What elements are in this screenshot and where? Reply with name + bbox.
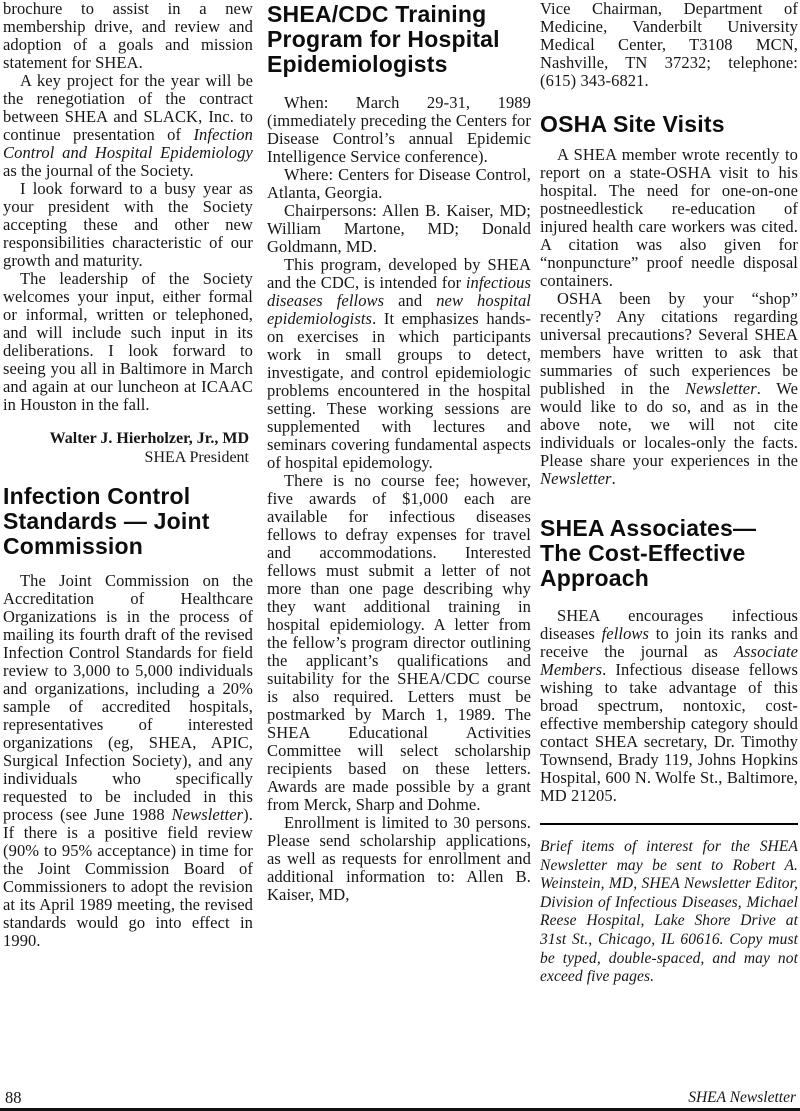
paragraph: Where: Centers for Disease Control, Atla… <box>267 166 531 202</box>
paragraph: I look forward to a busy year as your pr… <box>3 180 253 270</box>
paragraph: OSHA been by your “shop” recently? Any c… <box>540 290 798 488</box>
article-osha-site-visits: OSHA Site Visits A SHEA member wrote rec… <box>540 112 798 488</box>
editor-submission-note: Brief items of interest for the SHEA New… <box>540 838 798 987</box>
paragraph: Brief items of interest for the SHEA New… <box>540 838 798 987</box>
paragraph: SHEA encourages infectious diseases fell… <box>540 607 798 805</box>
article-infection-control-standards: Infection Control Standards — Joint Comm… <box>3 484 253 950</box>
paragraph: Chairpersons: Allen B. Kaiser, MD; Willi… <box>267 202 531 256</box>
article-heading: OSHA Site Visits <box>540 112 798 137</box>
article-presidents-message: brochure to assist in a new membership d… <box>3 0 253 467</box>
associates-body: SHEA encourages infectious diseases fell… <box>540 607 798 805</box>
journal-title: SHEA Newsletter <box>688 1090 796 1106</box>
byline-role: SHEA President <box>3 448 249 467</box>
infection-control-body: The Joint Commission on the Accreditatio… <box>3 572 253 950</box>
page-number: 88 <box>5 1090 22 1106</box>
paragraph: There is no course fee; however, five aw… <box>267 472 531 814</box>
newsletter-page: brochure to assist in a new membership d… <box>0 0 800 1111</box>
article-heading: Infection Control Standards — Joint Comm… <box>3 484 253 559</box>
paragraph: A SHEA member wrote recently to report o… <box>540 146 798 290</box>
editor-note-divider <box>540 823 798 825</box>
paragraph: When: March 29-31, 1989 (immediately pre… <box>267 94 531 166</box>
paragraph: Enrollment is limited to 30 persons. Ple… <box>267 814 531 904</box>
contact-address: Vice Chairman, Department of Medicine, V… <box>540 0 798 90</box>
paragraph: This program, developed by SHEA and the … <box>267 256 531 472</box>
column-middle: SHEA/CDC Training Program for Hospital E… <box>267 0 531 904</box>
article-heading: SHEA/CDC Training Program for Hospital E… <box>267 2 531 77</box>
column-right: Vice Chairman, Department of Medicine, V… <box>540 0 798 987</box>
article-shea-associates: SHEA Associates— The Cost-Effective Appr… <box>540 516 798 805</box>
paragraph: brochure to assist in a new membership d… <box>3 0 253 72</box>
presidents-message-body: brochure to assist in a new membership d… <box>3 0 253 414</box>
column-left: brochure to assist in a new membership d… <box>3 0 253 950</box>
paragraph: A key project for the year will be the r… <box>3 72 253 180</box>
osha-body: A SHEA member wrote recently to report o… <box>540 146 798 488</box>
byline: Walter J. Hierholzer, Jr., MD SHEA Presi… <box>3 429 253 467</box>
training-contact-continuation: Vice Chairman, Department of Medicine, V… <box>540 0 798 90</box>
paragraph: The leadership of the Society welcomes y… <box>3 270 253 414</box>
article-shea-cdc-training: SHEA/CDC Training Program for Hospital E… <box>267 2 531 904</box>
paragraph: The Joint Commission on the Accreditatio… <box>3 572 253 950</box>
byline-author: Walter J. Hierholzer, Jr., MD <box>3 429 249 448</box>
training-body: When: March 29-31, 1989 (immediately pre… <box>267 94 531 904</box>
article-heading: SHEA Associates— The Cost-Effective Appr… <box>540 516 798 591</box>
editor-note-body: Brief items of interest for the SHEA New… <box>540 838 798 987</box>
paragraph: Vice Chairman, Department of Medicine, V… <box>540 0 798 90</box>
